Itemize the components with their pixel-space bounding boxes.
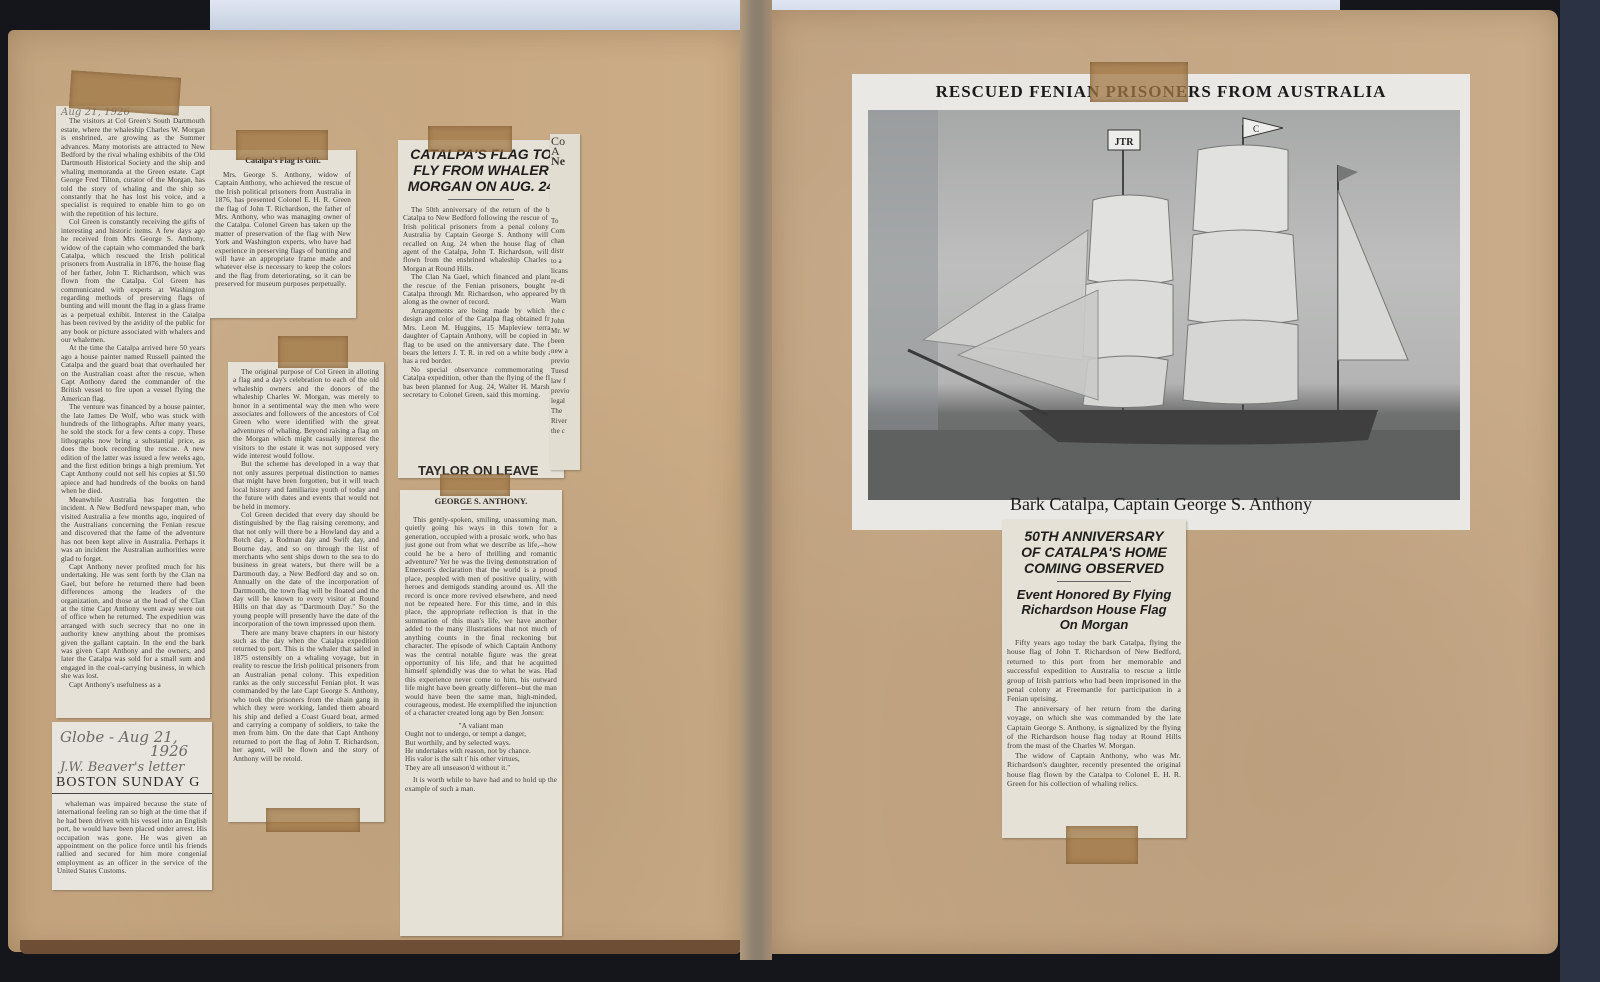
poem-quote: "A valiant man Ought not to undergo, or … xyxy=(405,722,557,772)
fragment: To xyxy=(551,216,579,226)
tape-strip xyxy=(69,70,181,116)
tape-strip xyxy=(236,130,328,160)
paragraph: The visitors at Col Green's South Dartmo… xyxy=(61,117,205,218)
paragraph: Meanwhile Australia has forgotten the in… xyxy=(61,496,205,563)
fragment: licans xyxy=(551,266,579,276)
tape-strip xyxy=(440,474,510,496)
clipping-headline: 50TH ANNIVERSARY OF CATALPA'S HOME COMIN… xyxy=(1002,520,1186,578)
fragment: law f xyxy=(551,376,579,386)
paragraph: The anniversary of her return from the d… xyxy=(1007,704,1181,751)
fragment: to a xyxy=(551,256,579,266)
fragment: Ne xyxy=(551,156,579,166)
paragraph: This gently-spoken, smiling, unassuming … xyxy=(405,516,557,718)
backdrop-edge xyxy=(1560,0,1600,982)
clipping-boston-globe: Globe - Aug 21, 1926 J.W. Beaver's lette… xyxy=(52,722,212,890)
clipping-side-fragment: Co A Ne To Com chan distr to a licans re… xyxy=(550,134,580,470)
divider xyxy=(448,199,514,200)
subhead-line: Event Honored By Flying xyxy=(1006,587,1182,602)
fragment: new a xyxy=(551,346,579,356)
fragment: by th xyxy=(551,286,579,296)
fragment: distr xyxy=(551,246,579,256)
paragraph: The widow of Captain Anthony, who was Mr… xyxy=(1007,751,1181,789)
paragraph: The venture was financed by a house pain… xyxy=(61,403,205,495)
book-cover-edge xyxy=(20,940,740,954)
clipping-subheadline: Event Honored By Flying Richardson House… xyxy=(1002,585,1186,634)
clipping-flag-to-fly: CATALPA'S FLAG TO FLY FROM WHALER MORGAN… xyxy=(398,140,564,478)
ship-engraving: JTR C xyxy=(868,110,1460,500)
paragraph: Arrangements are being made by which the… xyxy=(403,307,559,366)
headline-line: MORGAN ON AUG. 24 xyxy=(402,178,560,194)
paragraph: There are many brave chapters in our his… xyxy=(233,629,379,764)
fragment: River xyxy=(551,416,579,426)
headline-line: FLY FROM WHALER xyxy=(402,162,560,178)
tape-strip xyxy=(1090,62,1188,102)
fragment: Tuesd xyxy=(551,366,579,376)
subhead-line: Richardson House Flag xyxy=(1006,602,1182,617)
fragment: The xyxy=(551,406,579,416)
fragment: the c xyxy=(551,426,579,436)
paragraph: Capt Anthony's usefulness as a xyxy=(61,681,205,689)
fragment: previo xyxy=(551,386,579,396)
handwritten-note: J.W. Beaver's letter xyxy=(60,760,204,775)
poem-line: His valor is the salt t' his other virtu… xyxy=(405,755,557,763)
fragment: Mr. W xyxy=(551,326,579,336)
poem-line: Ought not to undergo, or tempt a danger, xyxy=(405,730,557,738)
subhead-line: On Morgan xyxy=(1006,617,1182,632)
clipping-col-green-purpose: The original purpose of Col Green in all… xyxy=(228,362,384,822)
tape-strip xyxy=(266,808,360,832)
paragraph: No special observance commemorating the … xyxy=(403,366,559,400)
poem-line: But worthily, and by selected ways. xyxy=(405,739,557,747)
poem-line: They are all unseason'd without it." xyxy=(405,764,557,772)
newspaper-masthead: BOSTON SUNDAY G xyxy=(52,775,212,794)
clipping-ship-illustration: RESCUED FENIAN PRISONERS FROM AUSTRALIA … xyxy=(852,74,1470,530)
illustration-caption: Bark Catalpa, Captain George S. Anthony xyxy=(852,494,1470,515)
handwritten-notes: Globe - Aug 21, 1926 J.W. Beaver's lette… xyxy=(52,722,212,775)
paragraph: But the scheme has developed in a way th… xyxy=(233,460,379,510)
poem-line: He undertakes with reason, not by chance… xyxy=(405,747,557,755)
paragraph: Fifty years ago today the bark Catalpa, … xyxy=(1007,638,1181,704)
book-spine xyxy=(740,0,772,960)
fragment: legal xyxy=(551,396,579,406)
clipping-flag-is-gift: Catalpa's Flag Is Gift. Mrs. George S. A… xyxy=(210,150,356,318)
paragraph: The Clan Na Gael, which financed and pla… xyxy=(403,273,559,307)
clipping-george-s-anthony: GEORGE S. ANTHONY. This gently-spoken, s… xyxy=(400,490,562,936)
fragment: been xyxy=(551,336,579,346)
headline-line: OF CATALPA'S HOME xyxy=(1006,544,1182,560)
fragment: chan xyxy=(551,236,579,246)
fragment: Com xyxy=(551,226,579,236)
tape-strip xyxy=(428,126,512,152)
tape-strip xyxy=(278,336,348,368)
clipping-50th-anniversary: 50TH ANNIVERSARY OF CATALPA'S HOME COMIN… xyxy=(1002,520,1186,838)
clipping-body: Aug 21, 1926 The visitors at Col Green's… xyxy=(56,106,210,692)
paragraph: At the time the Catalpa arrived here 50 … xyxy=(61,344,205,403)
fragment-text: Co A Ne To Com chan distr to a licans re… xyxy=(550,134,580,438)
paragraph: Mrs. George S. Anthony, widow of Captain… xyxy=(215,171,351,289)
divider xyxy=(1057,581,1131,582)
fragment: John xyxy=(551,316,579,326)
paragraph: Col Green is constantly receiving the gi… xyxy=(61,218,205,344)
paragraph: The original purpose of Col Green in all… xyxy=(233,368,379,460)
paragraph: The 50th anniversary of the return of th… xyxy=(403,206,559,273)
flag-letters: JTR xyxy=(1115,137,1135,148)
svg-text:C: C xyxy=(1253,124,1259,134)
clipping-green-estate: Aug 21, 1926 The visitors at Col Green's… xyxy=(56,106,210,718)
fragment: re-di xyxy=(551,276,579,286)
paragraph: Col Green decided that every day should … xyxy=(233,511,379,629)
fragment: previo xyxy=(551,356,579,366)
ship-icon: JTR C xyxy=(868,110,1460,500)
tape-strip xyxy=(1066,826,1138,864)
divider xyxy=(461,509,502,510)
paragraph: Capt Anthony never profited much for his… xyxy=(61,563,205,681)
headline-line: 50TH ANNIVERSARY xyxy=(1006,528,1182,544)
fragment: Warn xyxy=(551,296,579,306)
paragraph: It is worth while to have had and to hol… xyxy=(405,776,557,793)
paragraph: whaleman was impaired because the state … xyxy=(57,800,207,876)
headline-line: COMING OBSERVED xyxy=(1006,560,1182,576)
poem-line: "A valiant man xyxy=(405,722,557,730)
fragment: the c xyxy=(551,306,579,316)
